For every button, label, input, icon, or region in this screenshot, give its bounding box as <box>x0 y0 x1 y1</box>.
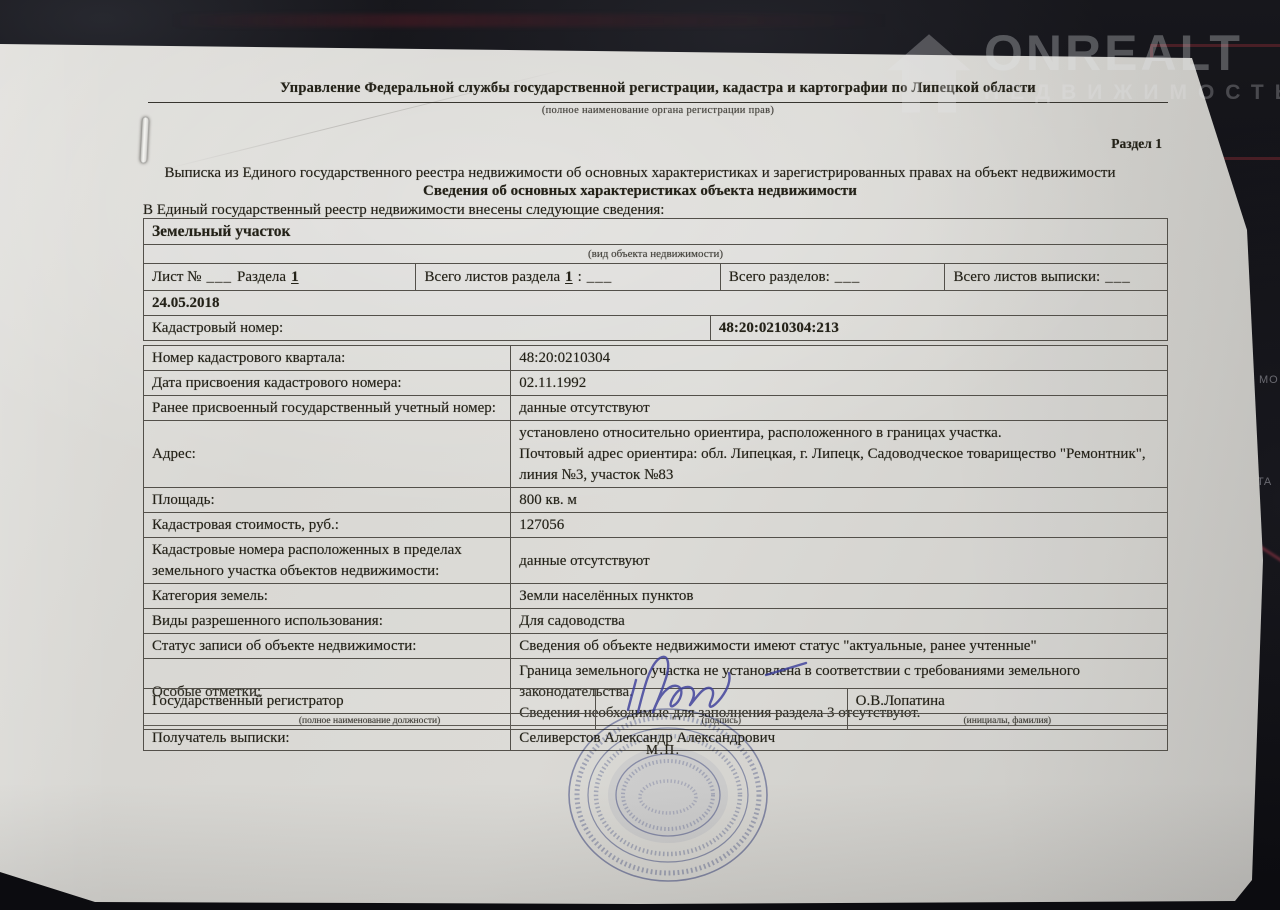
row-value: 800 кв. м <box>510 488 1167 512</box>
caption-position: (полное наименование должности) <box>144 714 595 729</box>
row-value: данные отсутствуют <box>510 538 1167 583</box>
row-label: Ранее присвоенный государственный учетны… <box>144 396 510 420</box>
row-value: Для садоводства <box>510 609 1167 633</box>
razdel-label: Раздела <box>237 267 286 288</box>
object-table: Земельный участок (вид объекта недвижимо… <box>143 218 1168 341</box>
background-red-band <box>170 14 890 27</box>
background-text-fragment: MO <box>1259 374 1279 386</box>
total-extract-sheets-blank: ___ <box>1105 267 1131 288</box>
registrar-label: Государственный регистратор <box>144 689 595 713</box>
row-label: Категория земель: <box>144 584 510 608</box>
photo-background: MO TA Управление Федеральной службы госу… <box>0 0 1280 910</box>
date-row: 24.05.2018 <box>143 290 1168 316</box>
intro-line: В Единый государственный реестр недвижим… <box>143 202 664 219</box>
caption-name: (инициалы, фамилия) <box>847 714 1167 729</box>
row-value: Земли населённых пунктов <box>510 584 1167 608</box>
total-sheets-label: Всего листов раздела <box>424 267 560 288</box>
table-row: Номер кадастрового квартала: 48:20:02103… <box>143 345 1168 371</box>
sheet-row: Лист № ___ Раздела 1 Всего листов раздел… <box>143 263 1168 291</box>
row-value: 48:20:0210304 <box>510 346 1167 370</box>
sheet-cell: Всего листов раздела 1 : ___ <box>415 264 719 290</box>
registrar-name: О.В.Лопатина <box>847 689 1167 713</box>
row-value: установлено относительно ориентира, расп… <box>510 421 1167 487</box>
cadastral-number-row: Кадастровый номер: 48:20:0210304:213 <box>143 315 1168 341</box>
stamp-mark-label: М.П. <box>646 742 681 758</box>
row-label: Виды разрешенного использования: <box>144 609 510 633</box>
authority-header: Управление Федеральной службы государств… <box>148 80 1168 103</box>
document-header: Управление Федеральной службы государств… <box>148 80 1168 116</box>
separator: : <box>578 267 582 288</box>
table-row: Ранее присвоенный государственный учетны… <box>143 395 1168 421</box>
table-row: Дата присвоения кадастрового номера: 02.… <box>143 370 1168 396</box>
object-type-label: Земельный участок <box>144 219 298 244</box>
section-label: Раздел 1 <box>1111 136 1162 152</box>
row-label: Номер кадастрового квартала: <box>144 346 510 370</box>
sheet-blank: ___ <box>206 267 232 288</box>
table-row: Кадастровая стоимость, руб.: 127056 <box>143 512 1168 538</box>
object-type-caption: (вид объекта недвижимости) <box>580 245 731 263</box>
table-row: Адрес: установлено относительно ориентир… <box>143 420 1168 488</box>
extract-subtitle: Сведения об основных характеристиках объ… <box>115 183 1165 200</box>
sheet-cell: Всего листов выписки: ___ <box>944 264 1167 290</box>
row-value: данные отсутствуют <box>510 396 1167 420</box>
row-label: Кадастровая стоимость, руб.: <box>144 513 510 537</box>
row-label: Дата присвоения кадастрового номера: <box>144 371 510 395</box>
authority-caption: (полное наименование органа регистрации … <box>148 105 1168 116</box>
extract-titles: Выписка из Единого государственного реес… <box>115 165 1165 200</box>
total-sheets-number: 1 <box>565 267 573 288</box>
total-extract-sheets-label: Всего листов выписки: <box>953 267 1100 288</box>
row-label: Площадь: <box>144 488 510 512</box>
sheet-label: Лист № <box>152 267 201 288</box>
row-label: Кадастровые номера расположенных в преде… <box>144 538 510 583</box>
total-sections-label: Всего разделов: <box>729 267 830 288</box>
row-label: Адрес: <box>144 421 510 487</box>
official-stamp <box>558 700 778 890</box>
cadastral-number-value: 48:20:0210304:213 <box>710 316 1167 340</box>
object-type-caption-row: (вид объекта недвижимости) <box>143 244 1168 264</box>
cadastral-number-label: Кадастровый номер: <box>144 316 710 340</box>
extract-title: Выписка из Единого государственного реес… <box>115 165 1165 182</box>
document-page: Управление Федеральной службы государств… <box>0 0 1280 910</box>
handwritten-signature <box>598 648 828 723</box>
total-sheets-blank: ___ <box>587 267 613 288</box>
row-label: Статус записи об объекте недвижимости: <box>144 634 510 658</box>
date-cell: 24.05.2018 <box>144 291 228 315</box>
razdel-number: 1 <box>291 267 299 288</box>
staple-mark <box>140 117 149 163</box>
row-value: 127056 <box>510 513 1167 537</box>
sheet-cell: Лист № ___ Раздела 1 <box>144 264 415 290</box>
sheet-cell: Всего разделов: ___ <box>720 264 945 290</box>
table-row: Категория земель: Земли населённых пункт… <box>143 583 1168 609</box>
table-row: Кадастровые номера расположенных в преде… <box>143 537 1168 584</box>
object-type-cell: Земельный участок <box>143 218 1168 245</box>
total-sections-blank: ___ <box>835 267 861 288</box>
table-row: Площадь: 800 кв. м <box>143 487 1168 513</box>
table-row: Виды разрешенного использования: Для сад… <box>143 608 1168 634</box>
row-value: 02.11.1992 <box>510 371 1167 395</box>
